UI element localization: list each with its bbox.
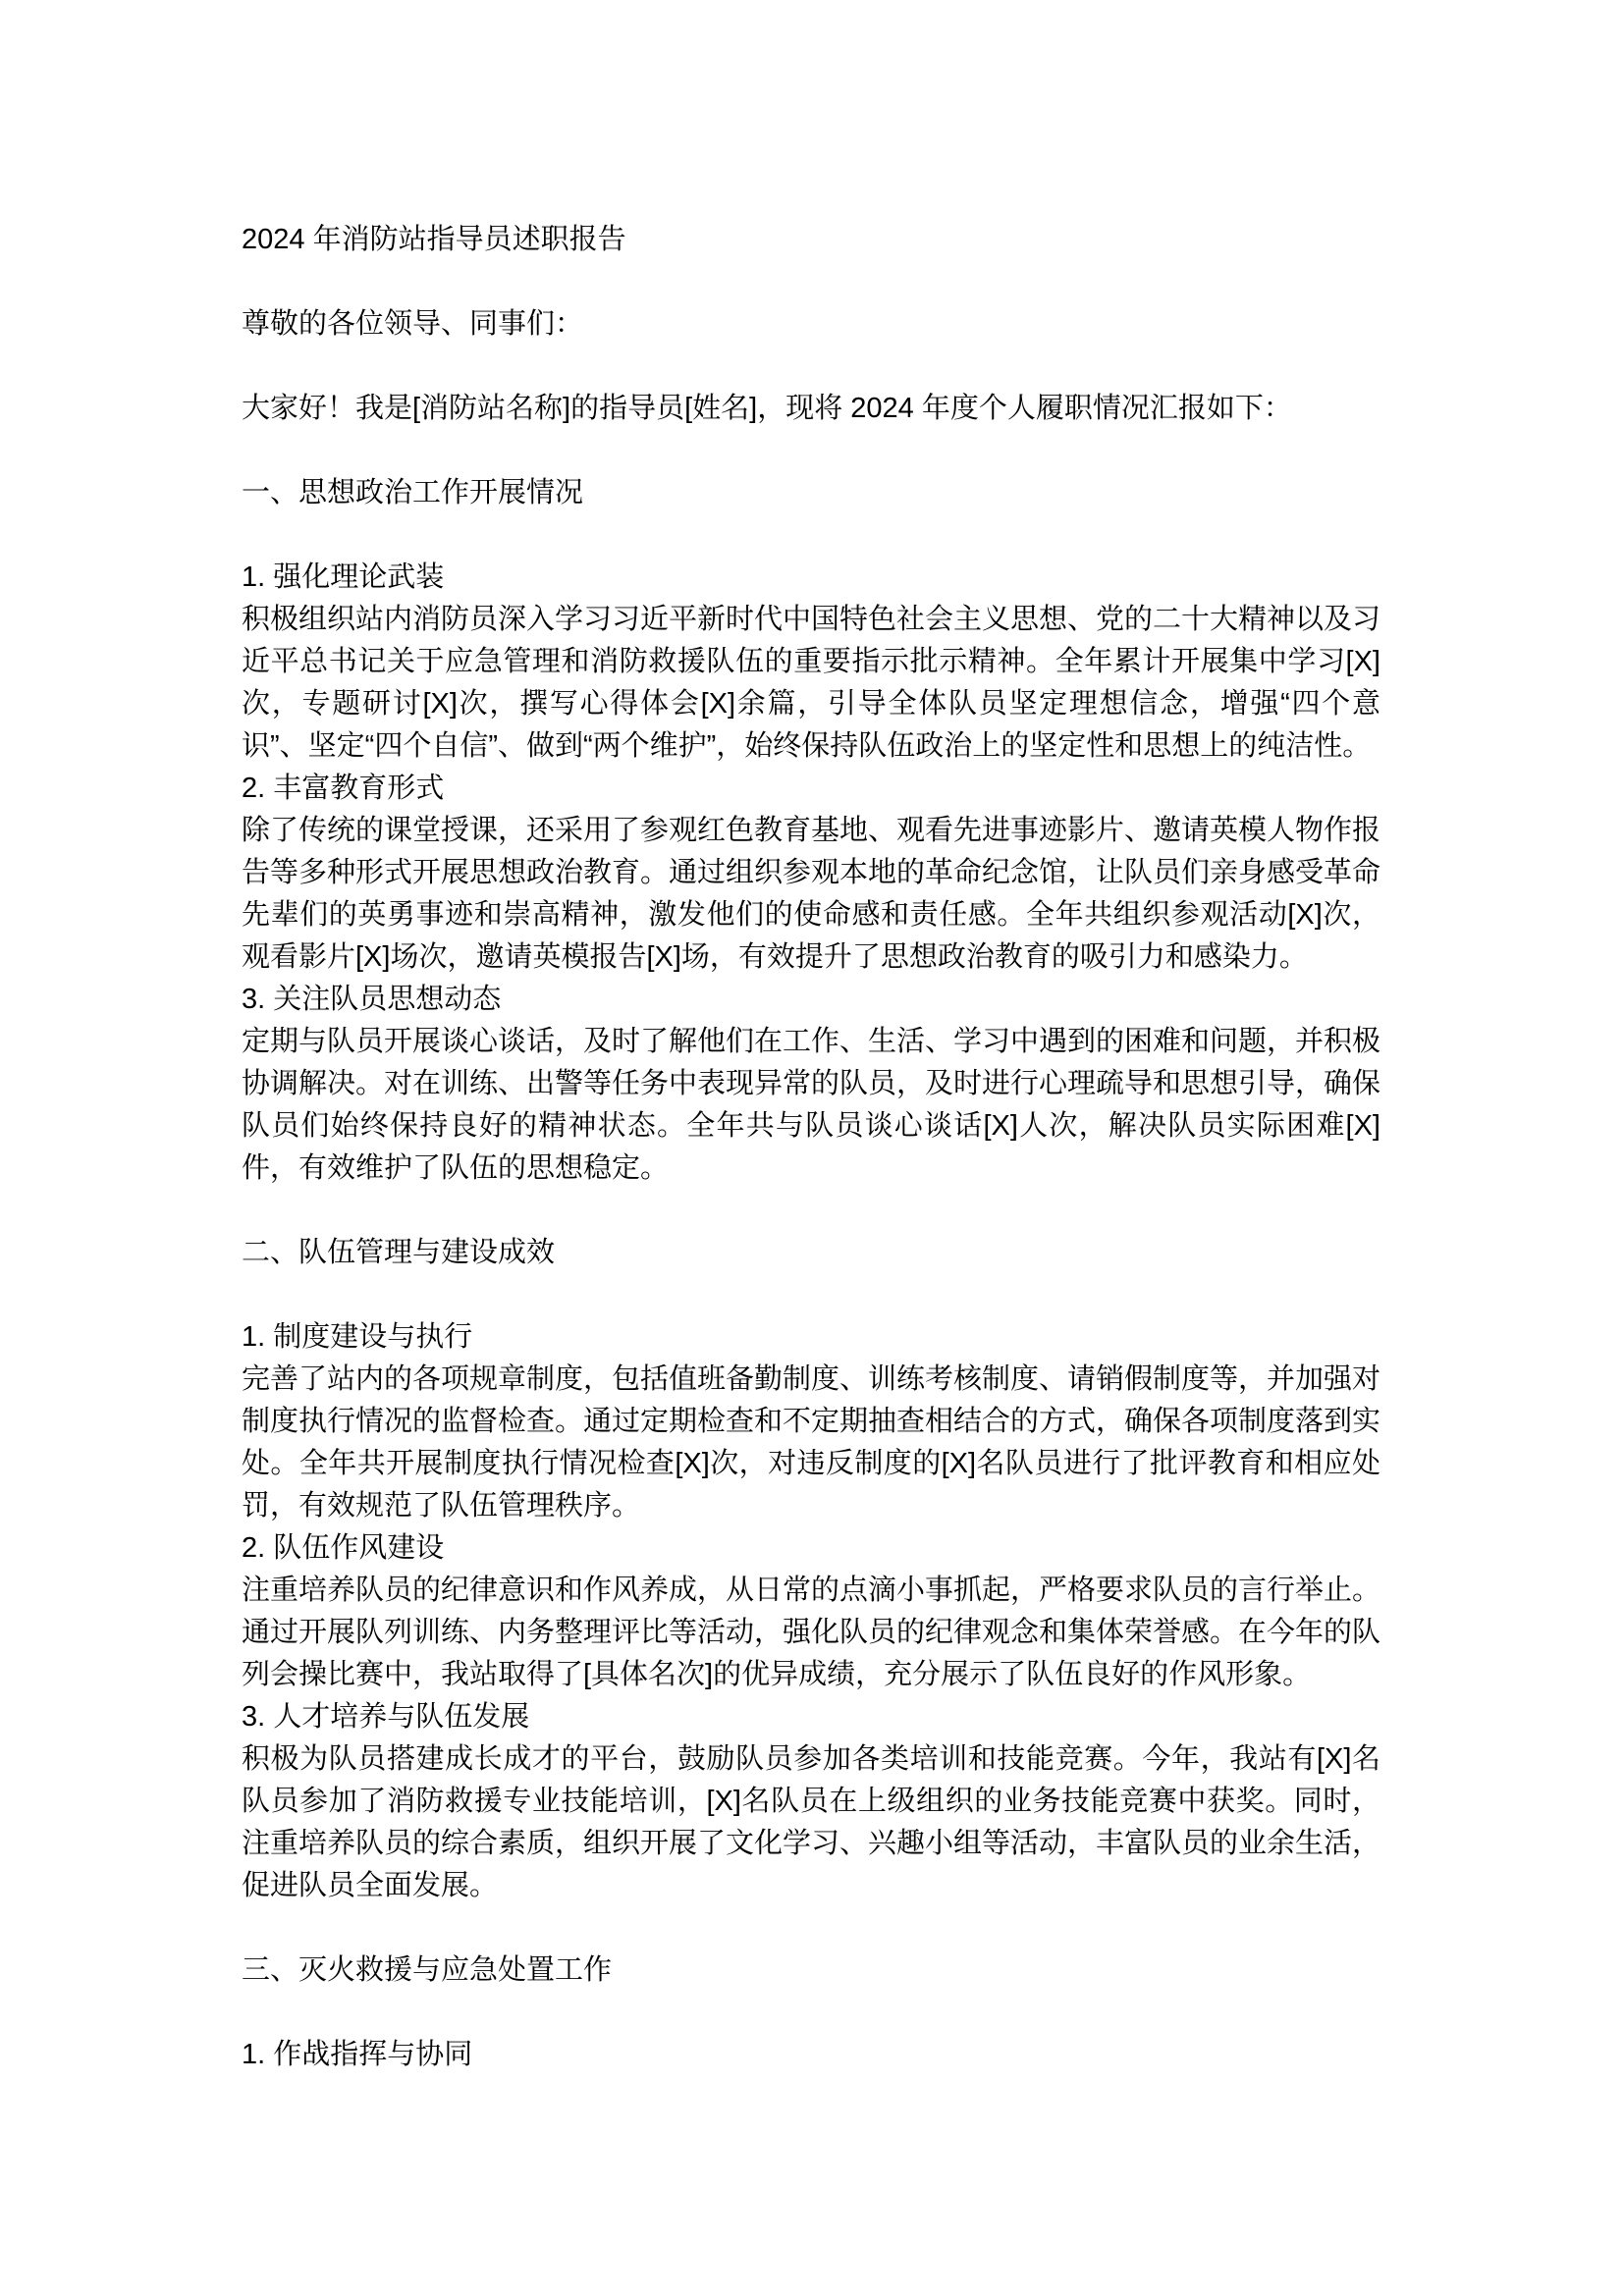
section-firefighting-rescue: 三、灭火救援与应急处置工作 1. 作战指挥与协同 [242, 1949, 1380, 2076]
subsection-heading: 2. 队伍作风建设 [242, 1527, 1380, 1570]
section-heading: 一、思想政治工作开展情况 [242, 472, 1380, 514]
document-page: 2024 年消防站指导员述职报告 尊敬的各位领导、同事们： 大家好！我是[消防站… [0, 0, 1623, 2296]
subsection-heading: 1. 强化理论武装 [242, 557, 1380, 599]
subsection-heading: 1. 作战指挥与协同 [242, 2034, 1380, 2076]
intro-paragraph: 大家好！我是[消防站名称]的指导员[姓名]，现将 2024 年度个人履职情况汇报… [242, 388, 1380, 430]
subsection-heading: 2. 丰富教育形式 [242, 768, 1380, 810]
paragraph: 除了传统的课堂授课，还采用了参观红色教育基地、观看先进事迹影片、邀请英模人物作报… [242, 810, 1380, 979]
paragraph: 积极为队员搭建成长成才的平台，鼓励队员参加各类培训和技能竞赛。今年，我站有[X]… [242, 1738, 1380, 1907]
subsection-heading: 1. 制度建设与执行 [242, 1316, 1380, 1359]
subsection-heading: 3. 关注队员思想动态 [242, 979, 1380, 1021]
document-body: 2024 年消防站指导员述职报告 尊敬的各位领导、同事们： 大家好！我是[消防站… [0, 0, 1623, 2076]
paragraph: 完善了站内的各项规章制度，包括值班备勤制度、训练考核制度、请销假制度等，并加强对… [242, 1359, 1380, 1527]
salutation: 尊敬的各位领导、同事们： [242, 303, 1380, 346]
paragraph: 定期与队员开展谈心谈话，及时了解他们在工作、生活、学习中遇到的困难和问题，并积极… [242, 1021, 1380, 1190]
paragraph: 注重培养队员的纪律意识和作风养成，从日常的点滴小事抓起，严格要求队员的言行举止。… [242, 1570, 1380, 1696]
section-team-management: 二、队伍管理与建设成效 1. 制度建设与执行 完善了站内的各项规章制度，包括值班… [242, 1232, 1380, 1907]
section-heading: 三、灭火救援与应急处置工作 [242, 1949, 1380, 1992]
subsection-heading: 3. 人才培养与队伍发展 [242, 1696, 1380, 1738]
section-heading: 二、队伍管理与建设成效 [242, 1232, 1380, 1274]
paragraph: 积极组织站内消防员深入学习习近平新时代中国特色社会主义思想、党的二十大精神以及习… [242, 599, 1380, 768]
document-title: 2024 年消防站指导员述职报告 [242, 219, 1380, 261]
section-thought-political-work: 一、思想政治工作开展情况 1. 强化理论武装 积极组织站内消防员深入学习习近平新… [242, 472, 1380, 1190]
